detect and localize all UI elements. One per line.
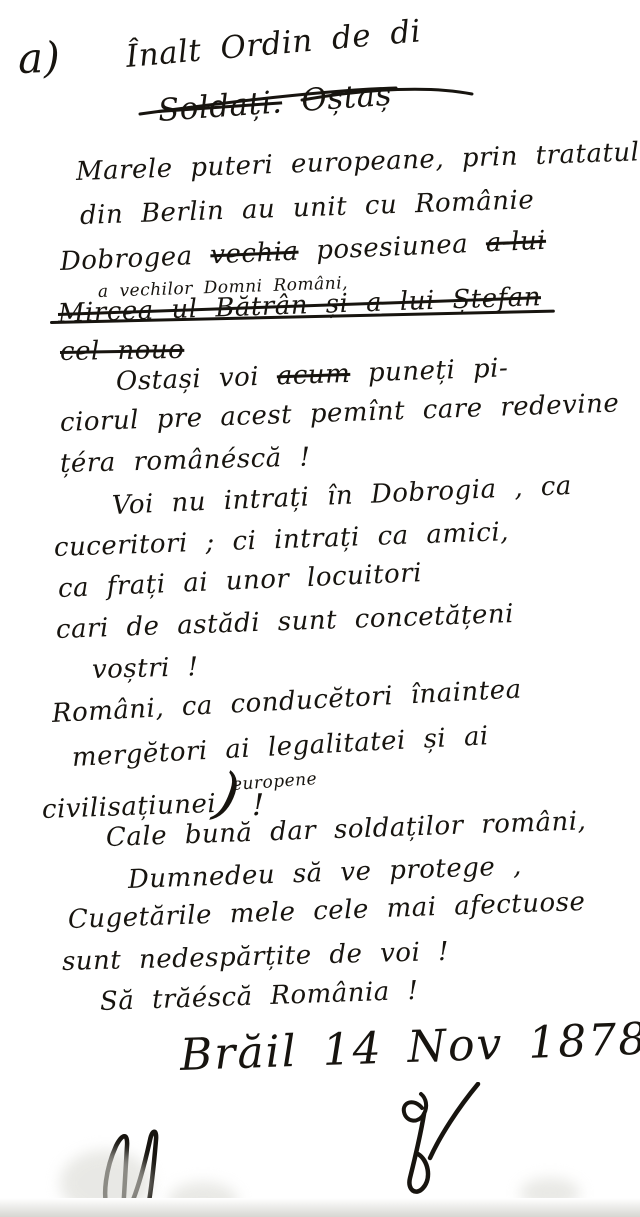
body-line: Marele puteri europeane, prin tratatul (76, 138, 640, 186)
body-text: posesiunea (298, 228, 487, 266)
struck-word: a-lui (485, 226, 546, 259)
body-text: Dobrogea (59, 240, 211, 277)
body-line: din Berlin au unit cu Românie (80, 186, 535, 230)
body-line: țéra românéscă ! (60, 443, 311, 478)
subtitle-struck-word: Soldați. (157, 84, 284, 129)
body-line: Cugetările mele cele mai afectuose (68, 888, 586, 935)
body-line: ca frați ai unor locuitori (57, 559, 422, 603)
date-line: Brăil 14 Nov 1878 (179, 1016, 640, 1081)
body-line: Dobrogea vechia posesiunea a-lui (59, 227, 546, 277)
manuscript-page: a) Înalt Ordin de di Soldați. Oștaș Mare… (0, 0, 640, 1217)
body-line: voștri ! (92, 653, 199, 684)
royal-monogram-icon (388, 1082, 482, 1196)
body-line: cuceritori ; ci intrați ca amici, (54, 518, 510, 562)
item-label: a) (17, 35, 61, 83)
document-title: Înalt Ordin de di (125, 14, 423, 74)
subtitle-word: Oștaș (300, 77, 393, 119)
body-line: cari de astădi sunt concetățeni (56, 600, 515, 645)
body-line: Voi nu intrați în Dobrogia , ca (111, 472, 572, 521)
interline-insertion: europene (231, 770, 317, 795)
struck-line: cel nouo (60, 336, 185, 367)
body-line: ciorul pre acest pemînt care redevine (60, 389, 620, 437)
body-line: Să trăéscă România ! (100, 977, 419, 1017)
struck-word: vechia (210, 237, 299, 271)
struck-word: acum (276, 359, 350, 392)
body-text: puneți pi- (350, 353, 509, 388)
body-line: sunt nedespărțite de voi ! (62, 938, 450, 977)
scan-edge-shadow (0, 1198, 640, 1217)
body-text: Ostași voi (115, 361, 277, 397)
body-line: Dumnedeu să ve protege , (128, 852, 523, 894)
body-line: mergĕtori ai legalitatei și ai (71, 722, 489, 772)
